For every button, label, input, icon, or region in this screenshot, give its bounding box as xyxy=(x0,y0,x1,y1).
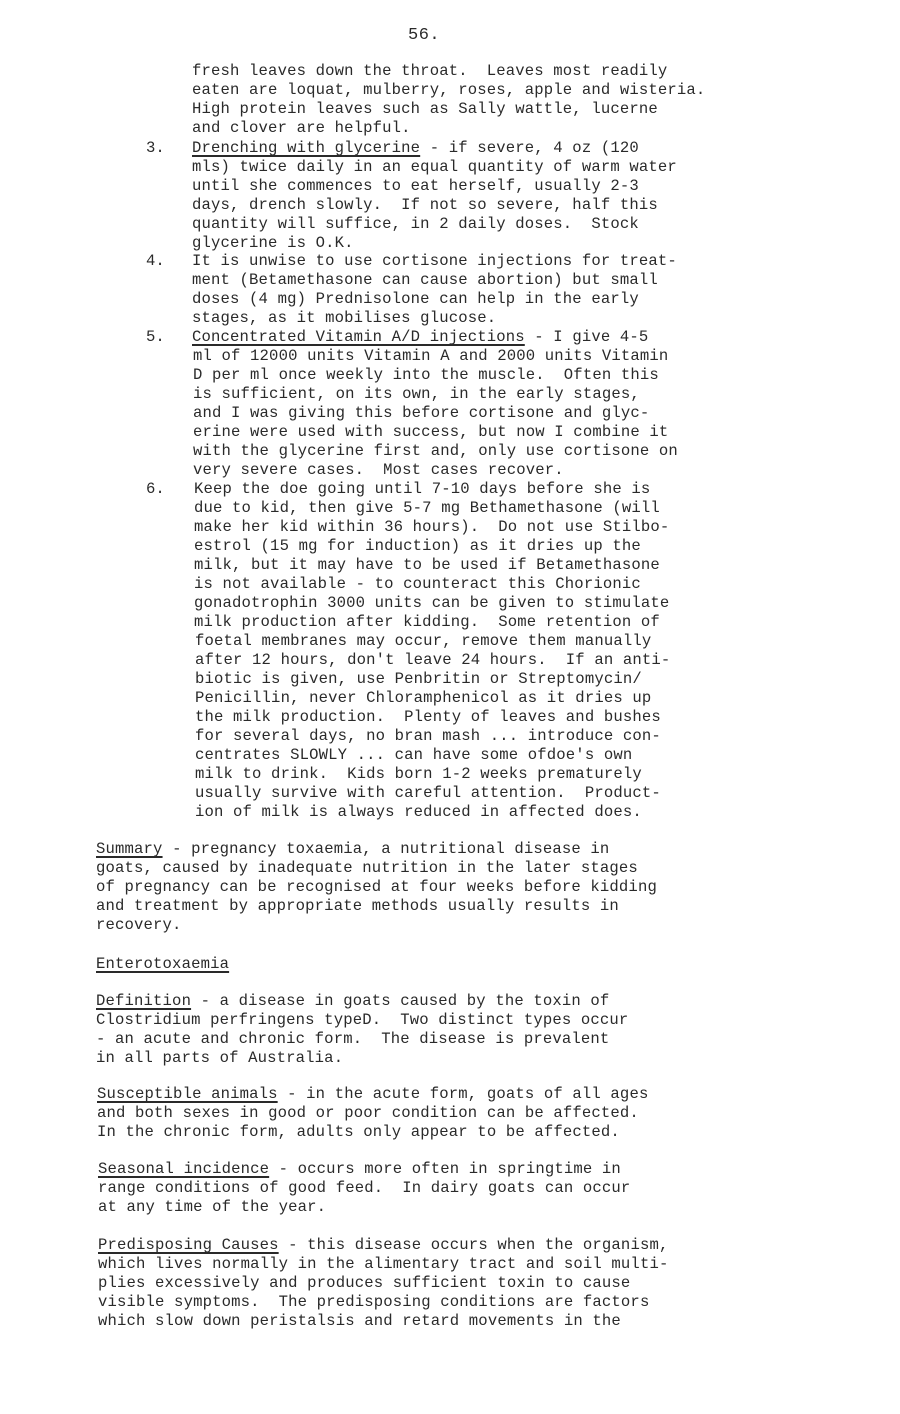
text-line: in all parts of Australia. xyxy=(96,1049,343,1068)
text-line: ment (Betamethasone can cause abortion) … xyxy=(192,271,658,290)
text-line: Susceptible animals - in the acute form,… xyxy=(97,1085,648,1104)
paragraph-heading: Seasonal incidence xyxy=(98,1160,269,1178)
text-line: Definition - a disease in goats caused b… xyxy=(96,992,609,1011)
text-line: make her kid within 36 hours). Do not us… xyxy=(194,518,669,537)
text-line: quantity will suffice, in 2 daily doses.… xyxy=(192,215,639,234)
text-line: milk to drink. Kids born 1-2 weeks prema… xyxy=(195,765,642,784)
text-line: until she commences to eat herself, usua… xyxy=(192,177,639,196)
paragraph-heading: Susceptible animals xyxy=(97,1085,278,1103)
text-line: D per ml once weekly into the muscle. Of… xyxy=(193,366,659,385)
text-line: Penicillin, never Chloramphenicol as it … xyxy=(195,689,651,708)
text-line: foetal membranes may occur, remove them … xyxy=(195,632,651,651)
paragraph-heading: Predisposing Causes xyxy=(98,1236,279,1254)
text-line: plies excessively and produces sufficien… xyxy=(98,1274,630,1293)
text-line: estrol (15 mg for induction) as it dries… xyxy=(194,537,641,556)
item-number: 5. xyxy=(146,328,165,347)
text-line: stages, as it mobilises glucose. xyxy=(192,309,496,328)
text-line: fresh leaves down the throat. Leaves mos… xyxy=(192,62,667,81)
text-line: eaten are loquat, mulberry, roses, apple… xyxy=(192,81,705,100)
text-line: visible symptoms. The predisposing condi… xyxy=(98,1293,649,1312)
text-line: after 12 hours, don't leave 24 hours. If… xyxy=(195,651,670,670)
text-line: ion of milk is always reduced in affecte… xyxy=(195,803,642,822)
text-line: which lives normally in the alimentary t… xyxy=(98,1255,668,1274)
text-line: centrates SLOWLY ... can have some ofdoe… xyxy=(195,746,632,765)
text-line: Clostridium perfringens typeD. Two disti… xyxy=(96,1011,628,1030)
page-number: 56. xyxy=(408,26,440,45)
text-line: days, drench slowly. If not so severe, h… xyxy=(192,196,658,215)
item-number: 6. xyxy=(146,480,165,499)
text-line: recovery. xyxy=(96,916,182,935)
text-line: Keep the doe going until 7-10 days befor… xyxy=(194,480,650,499)
text-line: very severe cases. Most cases recover. xyxy=(193,461,564,480)
text-line: due to kid, then give 5-7 mg Bethamethas… xyxy=(194,499,660,518)
text-line: milk production after kidding. Some rete… xyxy=(194,613,660,632)
text-line: of pregnancy can be recognised at four w… xyxy=(96,878,657,897)
text-line: which slow down peristalsis and retard m… xyxy=(98,1312,621,1331)
text-line: Seasonal incidence - occurs more often i… xyxy=(98,1160,621,1179)
text-line: goats, caused by inadequate nutrition in… xyxy=(96,859,638,878)
item-number: 4. xyxy=(146,252,165,271)
text-line: glycerine is O.K. xyxy=(192,234,354,253)
item-heading: Concentrated Vitamin A/D injections xyxy=(192,328,525,346)
text-line: for several days, no bran mash ... intro… xyxy=(195,727,661,746)
text-line: and treatment by appropriate methods usu… xyxy=(96,897,619,916)
text-line: doses (4 mg) Prednisolone can help in th… xyxy=(192,290,639,309)
text-line: erine were used with success, but now I … xyxy=(193,423,668,442)
text-line: at any time of the year. xyxy=(98,1198,326,1217)
item-number: 3. xyxy=(146,139,165,158)
text-line: ml of 12000 units Vitamin A and 2000 uni… xyxy=(193,347,668,366)
text-line: the milk production. Plenty of leaves an… xyxy=(195,708,661,727)
text-line: Drenching with glycerine - if severe, 4 … xyxy=(192,139,639,158)
item-heading: Drenching with glycerine xyxy=(192,139,420,157)
text-line: usually survive with careful attention. … xyxy=(195,784,661,803)
text-line: and both sexes in good or poor condition… xyxy=(97,1104,639,1123)
text-line: is not available - to counteract this Ch… xyxy=(194,575,641,594)
text-line: is sufficient, on its own, in the early … xyxy=(193,385,640,404)
section-title: Enterotoxaemia xyxy=(96,955,229,974)
text-line: Concentrated Vitamin A/D injections - I … xyxy=(192,328,648,347)
text-line: biotic is given, use Penbritin or Strept… xyxy=(195,670,642,689)
text-line: It is unwise to use cortisone injections… xyxy=(192,252,677,271)
text-line: Predisposing Causes - this disease occur… xyxy=(98,1236,668,1255)
summary-heading: Summary xyxy=(96,840,163,858)
text-line: milk, but it may have to be used if Beta… xyxy=(194,556,660,575)
text-line: with the glycerine first and, only use c… xyxy=(193,442,678,461)
text-line: range conditions of good feed. In dairy … xyxy=(98,1179,630,1198)
text-line: High protein leaves such as Sally wattle… xyxy=(192,100,658,119)
text-line: and clover are helpful. xyxy=(192,119,411,138)
text-line: - an acute and chronic form. The disease… xyxy=(96,1030,609,1049)
text-line: mls) twice daily in an equal quantity of… xyxy=(192,158,677,177)
text-line: gonadotrophin 3000 units can be given to… xyxy=(194,594,669,613)
text-line: Summary - pregnancy toxaemia, a nutritio… xyxy=(96,840,609,859)
text-line: and I was giving this before cortisone a… xyxy=(193,404,649,423)
text-line: In the chronic form, adults only appear … xyxy=(97,1123,620,1142)
paragraph-heading: Definition xyxy=(96,992,191,1010)
